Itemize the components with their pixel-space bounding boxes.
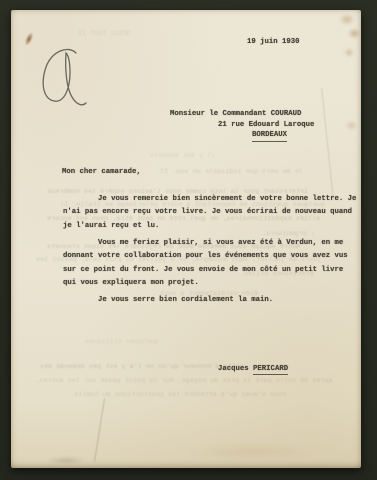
body-line: n'ai pas encore reçu votre livre. Je vou… xyxy=(63,208,352,217)
body-line: Vous me feriez plaisir, si vous avez été… xyxy=(98,239,343,248)
foxing-spot xyxy=(346,121,357,130)
recipient-name: Monsieur le Commandant COURAUD xyxy=(170,110,301,119)
ink-stain xyxy=(23,31,34,46)
body-line: qui vous expliquera mon projet. xyxy=(63,279,199,288)
handwritten-mark xyxy=(32,47,90,109)
ghost-line: après de votre part le prix du voyage. S… xyxy=(35,377,333,385)
foxing-spot xyxy=(186,444,316,460)
ghost-stamp: OESI2 TUOT II xyxy=(78,30,131,38)
photo-background: OESI2 TUOT II il y eut ensuite Je me ver… xyxy=(0,0,377,480)
paper-crease xyxy=(321,88,334,199)
ghost-line: Je me vers que indisable un vou. Il xyxy=(160,168,303,176)
ghost-line: cette d'honneur qu'on ne l'a y est peu d… xyxy=(40,363,244,371)
ghost-line: quelques critiques xyxy=(85,338,158,346)
recipient-city: BORDEAUX xyxy=(252,131,287,142)
letter-page: OESI2 TUOT II il y eut ensuite Je me ver… xyxy=(11,10,361,468)
ghost-line: il y eut ensuite xyxy=(150,152,215,160)
signature-last-name: PERICARD xyxy=(253,365,288,375)
ghost-line: vous n'avez qu'à attendre les instructio… xyxy=(70,391,286,399)
letter-date: 19 juin 1930 xyxy=(247,38,300,47)
foxing-spot xyxy=(344,48,354,57)
body-line: je l'aurai reçu et lu. xyxy=(63,222,159,231)
signature-first-name: Jacques xyxy=(218,365,249,373)
body-line: donnant votre collaboration pour les évé… xyxy=(63,252,348,261)
recipient-street: 21 rue Edouard Laroque xyxy=(218,121,314,130)
paper-crease xyxy=(94,398,105,461)
foxing-spot xyxy=(339,14,355,25)
edge-wear xyxy=(46,457,86,464)
body-line: Je vous remercie bien sincèrement de vot… xyxy=(98,195,356,204)
foxing-spot xyxy=(348,28,361,39)
salutation: Mon cher camarade, xyxy=(62,168,141,177)
body-line: sur ce point du front. Je vous envoie de… xyxy=(63,266,343,275)
ghost-line: ; organisera. xyxy=(262,230,315,238)
closing-line: Je vous serre bien cordialement la main. xyxy=(98,296,273,305)
signature: Jacques PERICARD xyxy=(218,365,288,374)
